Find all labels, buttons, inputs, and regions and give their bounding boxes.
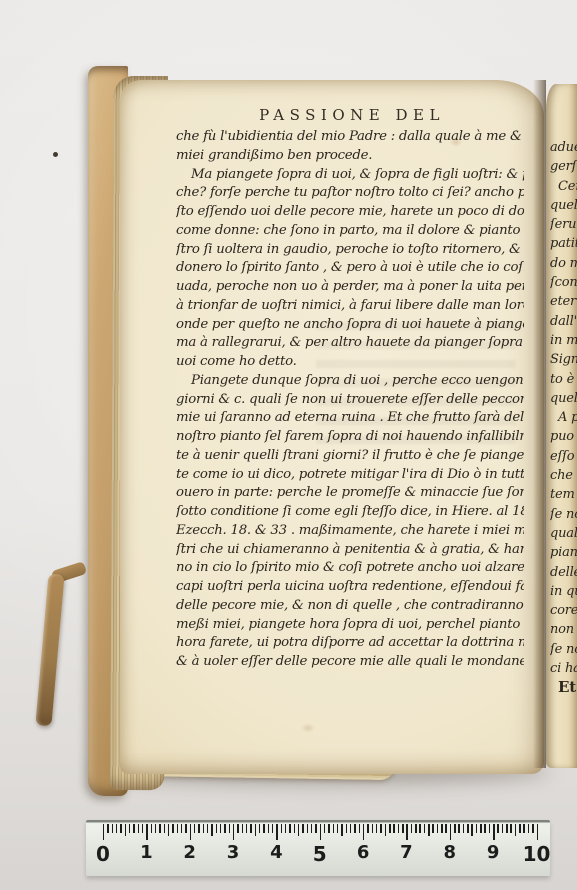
ruler-tick bbox=[272, 824, 273, 833]
facing-page-text-line: do molt bbox=[550, 254, 577, 273]
ruler-tick bbox=[320, 824, 321, 840]
ruler-number: 7 bbox=[400, 842, 413, 863]
ruler-tick bbox=[424, 824, 425, 833]
facing-page-text-line: in mag bbox=[550, 331, 577, 350]
ruler-tick bbox=[315, 824, 316, 833]
text-line: ſtri che ui chiameranno à penitentia & à… bbox=[176, 541, 524, 560]
text-line: donero lo ſpirito ſanto , & pero à uoi è… bbox=[176, 259, 524, 278]
paragraph: Ma piangete ſopra di uoi, & ſopra de fig… bbox=[176, 166, 524, 372]
ruler-tick bbox=[129, 824, 130, 833]
ruler-numbers: 012345678910 bbox=[86, 842, 550, 872]
ruler-tick bbox=[506, 824, 507, 833]
text-line: Ma piangete ſopra di uoi, & ſopra de fig… bbox=[176, 166, 524, 185]
ruler-number: 5 bbox=[313, 842, 327, 866]
ruler-tick bbox=[224, 824, 225, 833]
facing-page-text-line: Et bbox=[550, 678, 577, 697]
ruler-tick bbox=[168, 824, 169, 836]
ruler-tick bbox=[480, 824, 481, 833]
text-line: ſto eſſendo uoi delle pecore mie, harete… bbox=[176, 203, 524, 222]
ruler-tick bbox=[428, 824, 429, 836]
facing-page-edge: aduerſgerſi aCertquello,ſerui ſupatito,d… bbox=[546, 84, 577, 768]
text-line: ouero in parte: perche le promeſſe & min… bbox=[176, 484, 524, 503]
ruler-tick bbox=[519, 824, 520, 833]
facing-page-text-line: A p bbox=[550, 408, 577, 427]
ruler-number: 1 bbox=[140, 842, 153, 863]
text-line: ſtro ſi uoltera in gaudio, peroche io to… bbox=[176, 241, 524, 260]
ruler-tick bbox=[289, 824, 290, 833]
facing-page-text-line: Cert bbox=[550, 177, 577, 196]
ruler-tick bbox=[402, 824, 403, 833]
ruler-tick bbox=[216, 824, 217, 833]
leather-tie-strap bbox=[35, 574, 64, 727]
facing-page-text-line: delle p bbox=[550, 563, 577, 582]
ruler-tick bbox=[463, 824, 464, 833]
ruler-tick bbox=[307, 824, 308, 833]
facing-page-text-line: Signo bbox=[550, 350, 577, 369]
paragraph: che fù l'ubidientia del mio Padre : dall… bbox=[176, 128, 524, 166]
ruler-tick bbox=[458, 824, 459, 833]
ruler-tick bbox=[467, 824, 468, 833]
ruler-tick bbox=[515, 824, 516, 836]
text-line: delle pecore mie, & non di quelle , che … bbox=[176, 597, 524, 616]
text-line: te come io ui dico, potrete mitigar l'ir… bbox=[176, 466, 524, 485]
text-block: PASSIONE DEL che fù l'ubidientia del mio… bbox=[176, 106, 524, 672]
text-line: Piangete dunque ſopra di uoi , perche ec… bbox=[176, 372, 524, 391]
ruler-tick bbox=[324, 824, 325, 833]
ruler-tick bbox=[359, 824, 360, 833]
gutter-shadow bbox=[533, 80, 546, 768]
ruler-tick bbox=[203, 824, 204, 833]
ruler-tick bbox=[363, 824, 364, 840]
ruler-tick bbox=[207, 824, 208, 833]
ruler-tick bbox=[393, 824, 394, 833]
facing-page-text-line: core ſu bbox=[550, 601, 577, 620]
ruler-tick bbox=[454, 824, 455, 833]
facing-page-text-line: qual de bbox=[550, 524, 577, 543]
ruler-tick bbox=[211, 824, 212, 836]
text-line: mie ui ſaranno ad eterna ruina . Et che … bbox=[176, 409, 524, 428]
ruler-tick bbox=[133, 824, 134, 833]
facing-page-text-line: eſſo C bbox=[550, 447, 577, 466]
ruler-tick bbox=[116, 824, 117, 833]
ruler-tick bbox=[263, 824, 264, 833]
ruler-tick bbox=[125, 824, 126, 836]
measuring-ruler: 012345678910 bbox=[86, 820, 550, 876]
ruler-tick bbox=[146, 824, 147, 840]
ruler-tick bbox=[380, 824, 381, 833]
facing-page-text-line: tem po bbox=[550, 485, 577, 504]
ruler-number: 3 bbox=[227, 842, 240, 863]
ruler-tick bbox=[190, 824, 191, 840]
ruler-tick bbox=[419, 824, 420, 833]
ruler-tick bbox=[523, 824, 524, 833]
ruler-tick bbox=[411, 824, 412, 833]
ruler-tick bbox=[142, 824, 143, 833]
ruler-number: 6 bbox=[357, 842, 370, 863]
ruler-number: 4 bbox=[270, 842, 283, 863]
text-line: onde per queſto ne ancho ſopra di uoi ha… bbox=[176, 316, 524, 335]
facing-page-text-line: ſerui ſu bbox=[550, 215, 577, 234]
text-line: te à uenir quelli ſtrani giorni? il frut… bbox=[176, 447, 524, 466]
ruler-tick bbox=[185, 824, 186, 833]
facing-page-text-line: ſe non bbox=[550, 505, 577, 524]
book-photograph: PASSIONE DEL che fù l'ubidientia del mio… bbox=[0, 0, 577, 890]
ruler-tick bbox=[450, 824, 451, 840]
ruler-tick bbox=[268, 824, 269, 833]
ruler-tick bbox=[376, 824, 377, 833]
ruler-tick bbox=[328, 824, 329, 833]
ruler-tick bbox=[441, 824, 442, 833]
text-line: à trionfar de uoſtri nimici, à farui lib… bbox=[176, 297, 524, 316]
ruler-tick bbox=[337, 824, 338, 833]
ruler-tick bbox=[406, 824, 407, 840]
facing-page-text-line: in qual bbox=[550, 582, 577, 601]
page-paragraphs: che fù l'ubidientia del mio Padre : dall… bbox=[176, 128, 524, 672]
ruler-tick bbox=[398, 824, 399, 833]
text-line: giorni & c. quali ſe non ui trouerete eſ… bbox=[176, 391, 524, 410]
facing-page-text-line: ſe non bbox=[550, 640, 577, 659]
text-line: Ezecch. 18. & 33 . maßimamente, che hare… bbox=[176, 522, 524, 541]
ruler-tick bbox=[354, 824, 355, 833]
paragraph: Piangete dunque ſopra di uoi , perche ec… bbox=[176, 372, 524, 672]
ruler-tick bbox=[246, 824, 247, 833]
facing-page-text-line: ci ha bbox=[550, 659, 577, 678]
ruler-tick bbox=[346, 824, 347, 833]
ruler-tick bbox=[229, 824, 230, 833]
facing-page-text-line: to è br bbox=[550, 370, 577, 389]
ruler-number: 9 bbox=[487, 842, 500, 863]
ruler-tick bbox=[497, 824, 498, 833]
ruler-tick bbox=[285, 824, 286, 833]
ruler-tick bbox=[489, 824, 490, 833]
ruler-tick bbox=[276, 824, 277, 840]
facing-page-text-line: non m bbox=[550, 620, 577, 639]
text-line: come donne: che ſono in parto, ma il dol… bbox=[176, 222, 524, 241]
ruler-tick bbox=[350, 824, 351, 833]
facing-page-text-line: pianſe bbox=[550, 543, 577, 562]
ruler-tick bbox=[445, 824, 446, 833]
ruler-tick bbox=[255, 824, 256, 836]
ruler-tick bbox=[389, 824, 390, 833]
text-line: meßi miei, piangete hora ſopra di uoi, p… bbox=[176, 616, 524, 635]
ruler-ticks bbox=[86, 824, 550, 844]
ruler-tick bbox=[151, 824, 152, 833]
left-page: PASSIONE DEL che fù l'ubidientia del mio… bbox=[120, 80, 544, 774]
ruler-tick bbox=[233, 824, 234, 840]
ruler-tick bbox=[138, 824, 139, 833]
ruler-tick bbox=[341, 824, 342, 836]
ruler-tick bbox=[484, 824, 485, 833]
ruler-tick bbox=[177, 824, 178, 833]
facing-page-text-line: che pa bbox=[550, 466, 577, 485]
text-line: uada, peroche non uo à perder, ma à pone… bbox=[176, 278, 524, 297]
ruler-tick bbox=[432, 824, 433, 833]
ruler-tick bbox=[120, 824, 121, 833]
ruler-tick bbox=[502, 824, 503, 833]
text-line: ſotto conditione ſi come egli ſteſſo dic… bbox=[176, 503, 524, 522]
ruler-tick bbox=[250, 824, 251, 833]
text-line: & à uoler eſſer delle pecore mie alle qu… bbox=[176, 653, 524, 672]
ruler-number: 2 bbox=[183, 842, 196, 863]
ruler-tick bbox=[333, 824, 334, 833]
facing-page-fragments: aduerſgerſi aCertquello,ſerui ſupatito,d… bbox=[550, 138, 577, 698]
ruler-tick bbox=[112, 824, 113, 833]
text-line: noſtro pianto ſel farem ſopra di noi hau… bbox=[176, 428, 524, 447]
ruler-tick bbox=[385, 824, 386, 836]
ruler-tick bbox=[159, 824, 160, 833]
ruler-tick bbox=[294, 824, 295, 833]
ruler-tick bbox=[198, 824, 199, 833]
ruler-tick bbox=[372, 824, 373, 833]
ruler-tick bbox=[281, 824, 282, 833]
ruler-tick bbox=[471, 824, 472, 836]
facing-page-text-line: ſcono , bbox=[550, 273, 577, 292]
facing-page-text-line: quello, bbox=[550, 196, 577, 215]
facing-page-text-line: dall'ete bbox=[550, 312, 577, 331]
ruler-number: 8 bbox=[444, 842, 457, 863]
facing-page-text-line: eternam bbox=[550, 292, 577, 311]
text-line: no in cio lo ſpirito mio & coſi potrete … bbox=[176, 559, 524, 578]
facing-page-text-line: aduerſ bbox=[550, 138, 577, 157]
ruler-tick bbox=[259, 824, 260, 833]
ruler-tick bbox=[532, 824, 533, 833]
ruler-tick bbox=[194, 824, 195, 833]
ruler-tick bbox=[164, 824, 165, 833]
ruler-number: 10 bbox=[523, 842, 551, 866]
ruler-tick bbox=[528, 824, 529, 833]
ruler-tick bbox=[367, 824, 368, 833]
spine-wormhole bbox=[53, 152, 58, 157]
facing-page-text-line: gerſi a bbox=[550, 157, 577, 176]
ruler-tick bbox=[311, 824, 312, 833]
ruler-tick bbox=[107, 824, 108, 833]
ruler-tick bbox=[172, 824, 173, 833]
ruler-tick bbox=[237, 824, 238, 833]
ruler-tick bbox=[415, 824, 416, 833]
ruler-tick bbox=[493, 824, 494, 840]
ruler-tick bbox=[155, 824, 156, 833]
ruler-tick bbox=[302, 824, 303, 833]
ruler-tick bbox=[103, 824, 104, 840]
running-header: PASSIONE DEL bbox=[176, 106, 524, 124]
ruler-tick bbox=[220, 824, 221, 833]
text-line: hora farete, ui potra diſporre ad accett… bbox=[176, 634, 524, 653]
ruler-tick bbox=[242, 824, 243, 833]
ruler-tick bbox=[510, 824, 511, 833]
text-line: che? forſe perche tu paſtor noſtro tolto… bbox=[176, 184, 524, 203]
facing-page-text-line: quelli bbox=[550, 389, 577, 408]
facing-page-text-line: puo p bbox=[550, 427, 577, 446]
text-line: capi uoſtri perla uicina uoſtra redentio… bbox=[176, 578, 524, 597]
text-line: ma à rallegrarui, & per altro hauete da … bbox=[176, 334, 524, 353]
text-line: che fù l'ubidientia del mio Padre : dall… bbox=[176, 128, 524, 147]
facing-page-text-line: patito, bbox=[550, 234, 577, 253]
ruler-tick bbox=[537, 824, 538, 840]
ruler-tick bbox=[437, 824, 438, 833]
ruler-tick bbox=[476, 824, 477, 833]
text-line: uoi come ho detto. bbox=[176, 353, 524, 372]
text-line: miei grandißimo ben procede. bbox=[176, 147, 524, 166]
ruler-tick bbox=[181, 824, 182, 833]
ruler-tick bbox=[298, 824, 299, 836]
ruler-number: 0 bbox=[96, 842, 110, 866]
